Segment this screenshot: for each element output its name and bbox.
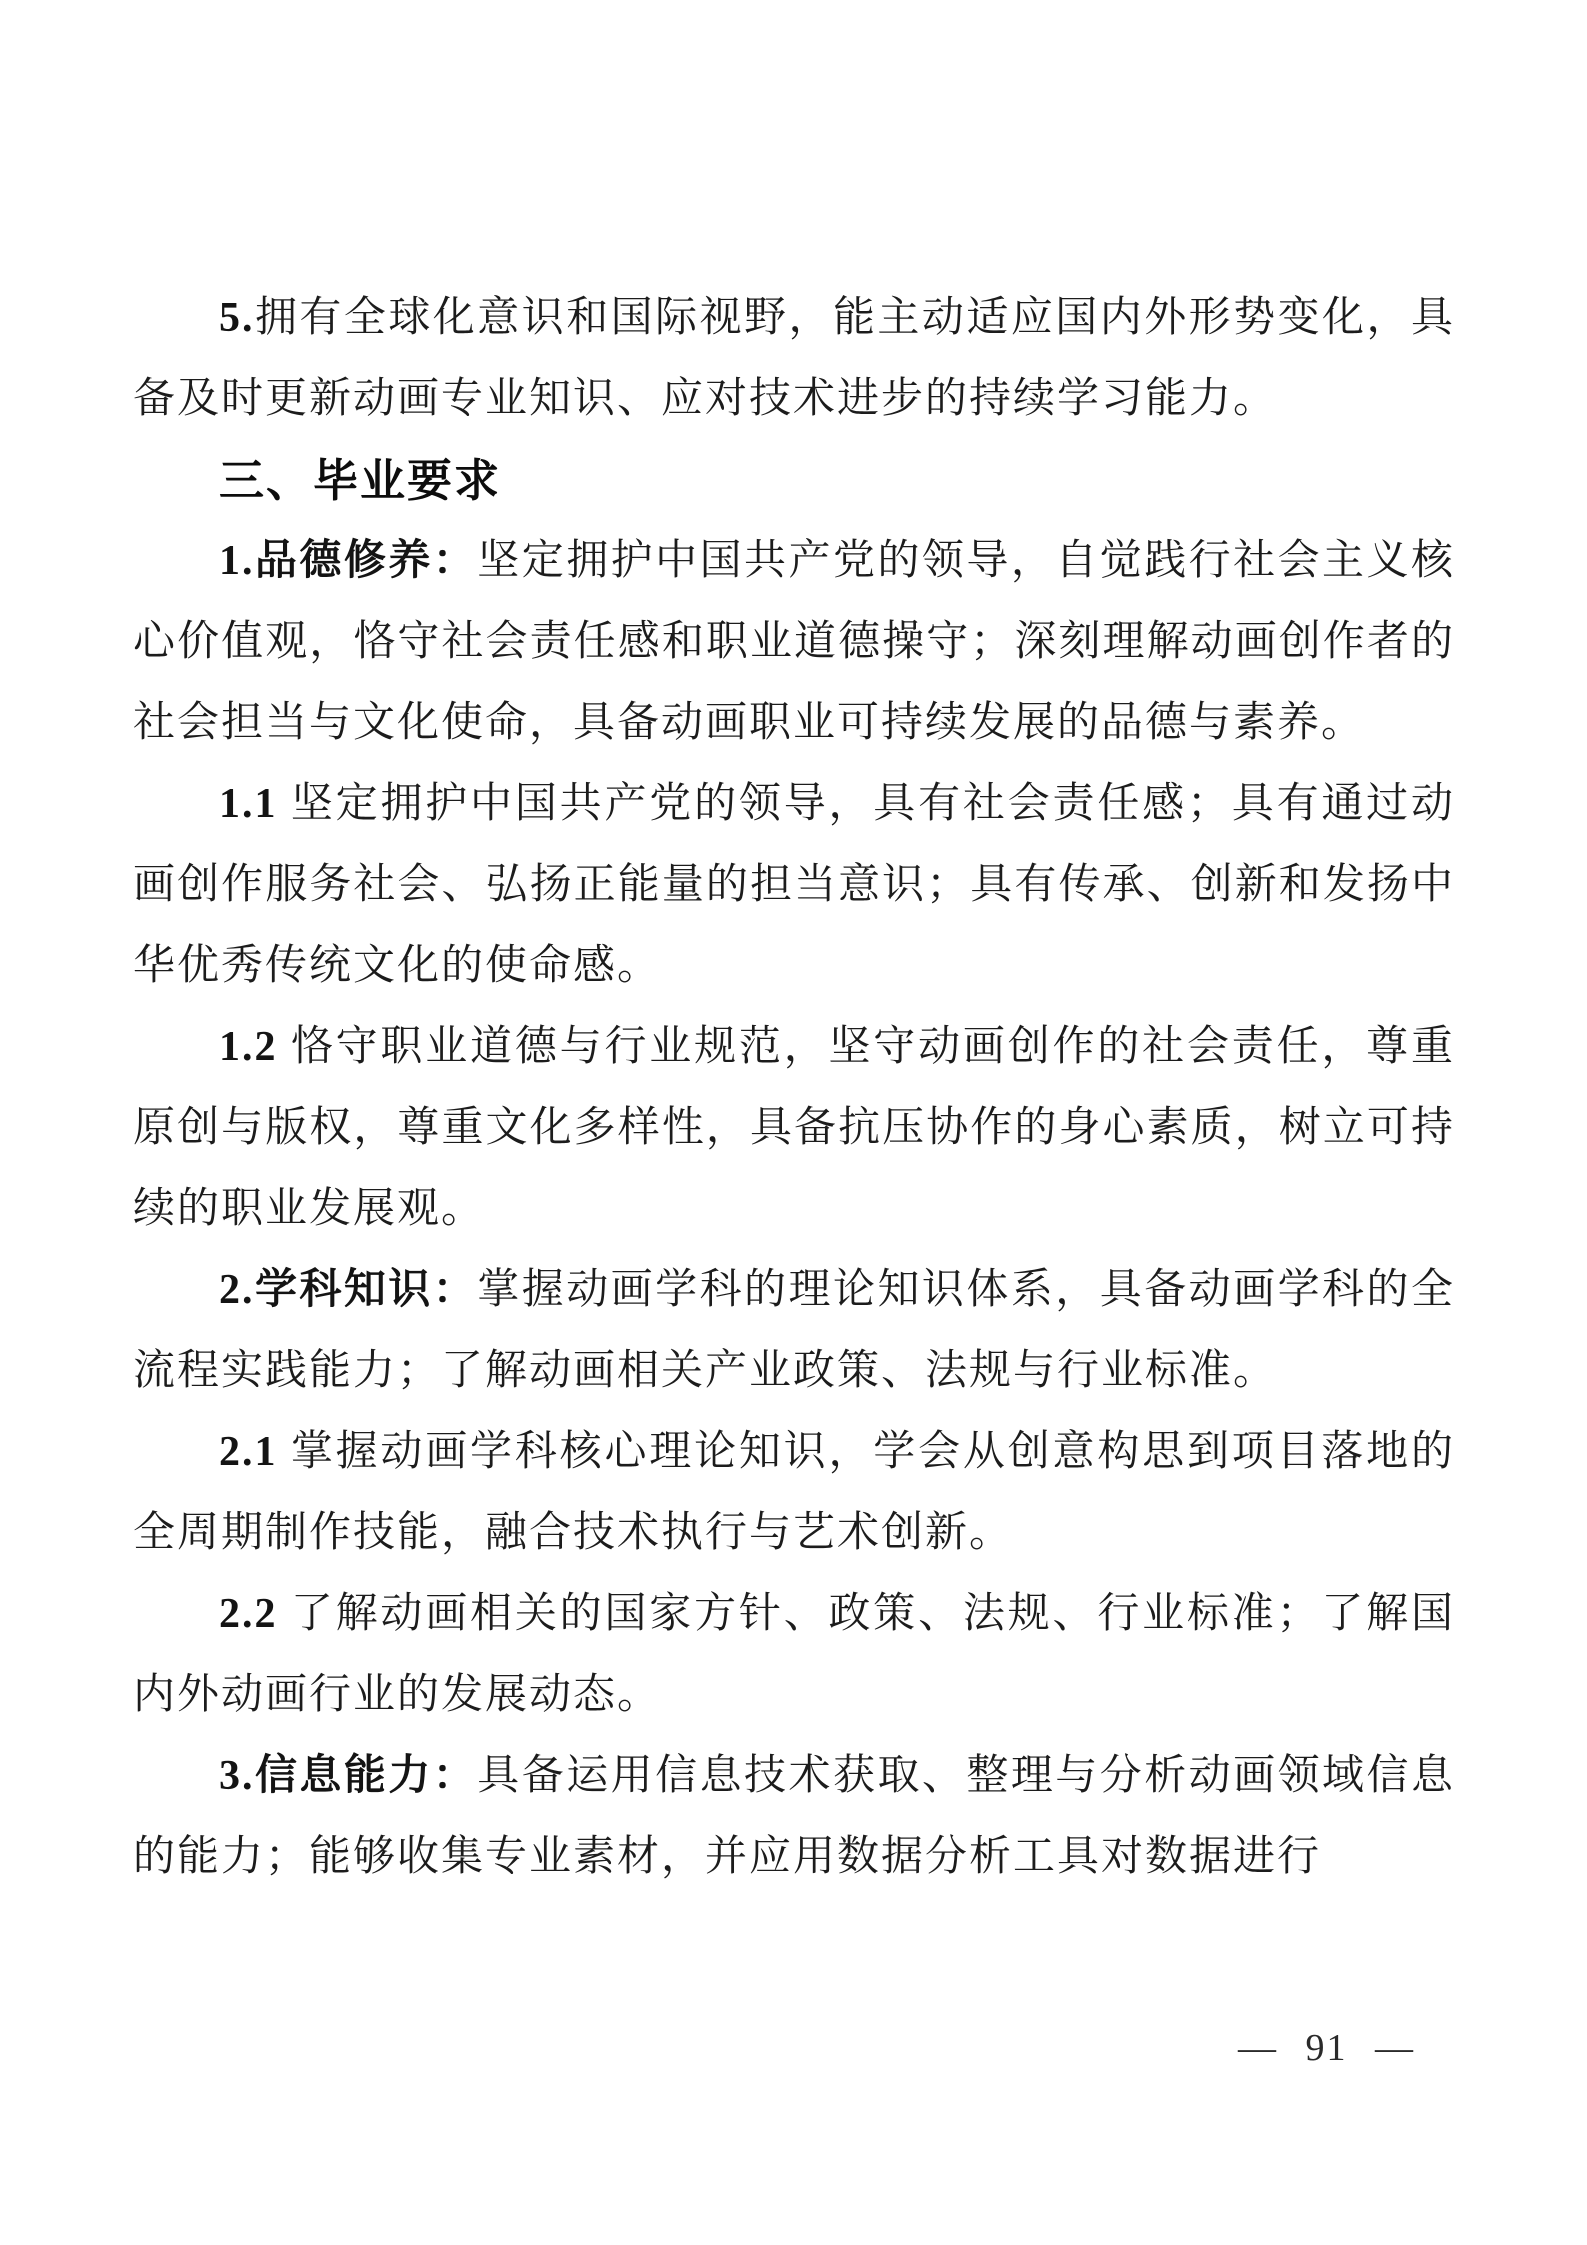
body-paragraph: 3.信息能力：具备运用信息技术获取、整理与分析动画领域信息的能力；能够收集专业素… bbox=[133, 1736, 1455, 1898]
body-paragraph: 1.1 坚定拥护中国共产党的领导，具有社会责任感；具有通过动画创作服务社会、弘扬… bbox=[133, 764, 1455, 1007]
item-lead: 信息能力： bbox=[255, 1753, 478, 1799]
document-body: 5.拥有全球化意识和国际视野，能主动适应国内外形势变化，具备及时更新动画专业知识… bbox=[133, 278, 1455, 1898]
body-paragraph: 2.学科知识：掌握动画学科的理论知识体系，具备动画学科的全流程实践能力；了解动画… bbox=[133, 1250, 1455, 1412]
page-number: — 91 — bbox=[1238, 2026, 1415, 2070]
body-paragraph: 1.品德修养：坚定拥护中国共产党的领导，自觉践行社会主义核心价值观，恪守社会责任… bbox=[133, 521, 1455, 764]
document-page: 5.拥有全球化意识和国际视野，能主动适应国内外形势变化，具备及时更新动画专业知识… bbox=[0, 0, 1587, 2245]
heading-text: 三、毕业要求 bbox=[219, 455, 501, 506]
paragraph-text: 掌握动画学科核心理论知识，学会从创意构思到项目落地的全周期制作技能，融合技术执行… bbox=[133, 1429, 1455, 1556]
item-lead: 品德修养： bbox=[255, 538, 478, 584]
item-number: 1.2 bbox=[219, 1024, 291, 1070]
paragraph-text: 了解动画相关的国家方针、政策、法规、行业标准；了解国内外动画行业的发展动态。 bbox=[133, 1591, 1455, 1718]
body-paragraph: 1.2 恪守职业道德与行业规范，坚守动画创作的社会责任，尊重原创与版权，尊重文化… bbox=[133, 1007, 1455, 1250]
item-lead: 学科知识： bbox=[255, 1267, 478, 1313]
item-number: 2. bbox=[219, 1267, 255, 1313]
item-number: 2.2 bbox=[219, 1591, 291, 1637]
paragraph-text: 拥有全球化意识和国际视野，能主动适应国内外形势变化，具备及时更新动画专业知识、应… bbox=[133, 295, 1455, 422]
item-number: 5. bbox=[219, 295, 255, 341]
item-number: 1. bbox=[219, 538, 255, 584]
item-number: 3. bbox=[219, 1753, 255, 1799]
body-paragraph: 5.拥有全球化意识和国际视野，能主动适应国内外形势变化，具备及时更新动画专业知识… bbox=[133, 278, 1455, 440]
item-number: 2.1 bbox=[219, 1429, 291, 1475]
paragraph-text: 恪守职业道德与行业规范，坚守动画创作的社会责任，尊重原创与版权，尊重文化多样性，… bbox=[133, 1024, 1455, 1232]
item-number: 1.1 bbox=[219, 781, 291, 827]
section-heading: 三、毕业要求 bbox=[133, 440, 1455, 521]
paragraph-text: 坚定拥护中国共产党的领导，具有社会责任感；具有通过动画创作服务社会、弘扬正能量的… bbox=[133, 781, 1455, 989]
body-paragraph: 2.2 了解动画相关的国家方针、政策、法规、行业标准；了解国内外动画行业的发展动… bbox=[133, 1574, 1455, 1736]
body-paragraph: 2.1 掌握动画学科核心理论知识，学会从创意构思到项目落地的全周期制作技能，融合… bbox=[133, 1412, 1455, 1574]
